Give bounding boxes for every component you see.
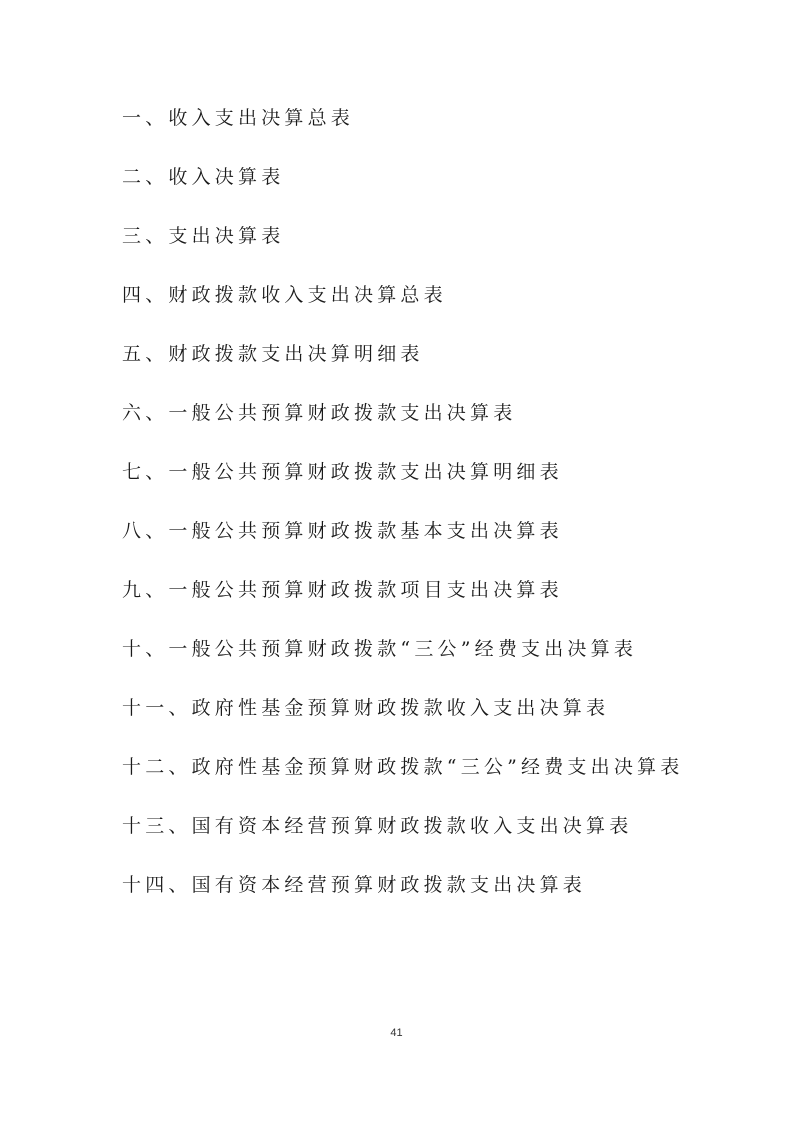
toc-item-3: 三、支出决算表 [122,222,683,281]
toc-item-12: 十二、政府性基金预算财政拨款“三公”经费支出决算表 [122,753,683,812]
toc-item-7: 七、一般公共预算财政拨款支出决算明细表 [122,458,683,517]
toc-item-4: 四、财政拨款收入支出决算总表 [122,281,683,340]
toc-item-5: 五、财政拨款支出决算明细表 [122,340,683,399]
toc-item-2: 二、收入决算表 [122,163,683,222]
page-number: 41 [0,1027,793,1039]
table-of-contents: 一、收入支出决算总表 二、收入决算表 三、支出决算表 四、财政拨款收入支出决算总… [122,104,683,930]
toc-item-11: 十一、政府性基金预算财政拨款收入支出决算表 [122,694,683,753]
toc-item-10: 十、一般公共预算财政拨款“三公”经费支出决算表 [122,635,683,694]
toc-item-13: 十三、国有资本经营预算财政拨款收入支出决算表 [122,812,683,871]
toc-item-14: 十四、国有资本经营预算财政拨款支出决算表 [122,871,683,930]
toc-item-8: 八、一般公共预算财政拨款基本支出决算表 [122,517,683,576]
toc-item-9: 九、一般公共预算财政拨款项目支出决算表 [122,576,683,635]
toc-item-6: 六、一般公共预算财政拨款支出决算表 [122,399,683,458]
toc-item-1: 一、收入支出决算总表 [122,104,683,163]
